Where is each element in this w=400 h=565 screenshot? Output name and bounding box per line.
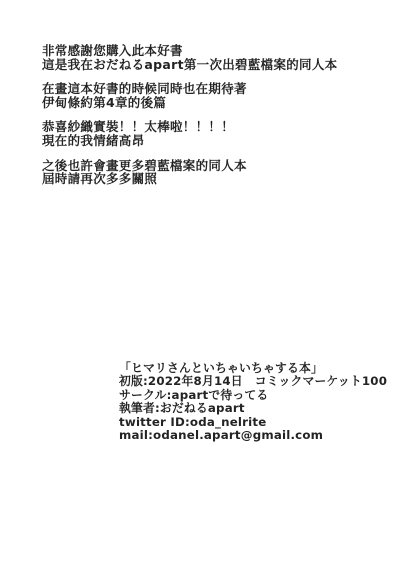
afterword-line: 伊甸條約第4章的後篇	[42, 96, 337, 110]
doujin-afterword-page: 非常感謝您購入此本好書 這是我在おだねるapart第一次出碧藍檔案的同人本 在畫…	[0, 0, 400, 565]
mail-address: mail:odanel.apart@gmail.com	[119, 429, 387, 442]
author-name: 執筆者:おだねるapart	[119, 402, 387, 415]
twitter-id: twitter ID:oda_nelrite	[119, 416, 387, 429]
colophon-block: 「ヒマリさんといちゃいちゃする本」 初版:2022年8月14日 コミックマーケッ…	[119, 362, 387, 442]
afterword-line: 非常感謝您購入此本好書	[42, 44, 337, 58]
circle-name: サークル:apartで待ってる	[119, 389, 387, 402]
edition-date: 初版:2022年8月14日 コミックマーケット100	[119, 375, 387, 388]
afterword-line: 屆時請再次多多關照	[42, 172, 337, 186]
afterword-paragraph-expectation: 在畫這本好書的時候同時也在期待著 伊甸條約第4章的後篇	[42, 82, 337, 109]
afterword-line: 在畫這本好書的時候同時也在期待著	[42, 82, 337, 96]
afterword-paragraph-thanks: 非常感謝您購入此本好書 這是我在おだねるapart第一次出碧藍檔案的同人本	[42, 44, 337, 71]
book-title: 「ヒマリさんといちゃいちゃする本」	[119, 362, 387, 375]
afterword-line: 之後也許會畫更多碧藍檔案的同人本	[42, 159, 337, 173]
afterword-line: 恭喜紗織實裝！！太棒啦！！！！	[42, 120, 337, 134]
afterword-line: 現在的我情緒高昂	[42, 134, 337, 148]
afterword-line: 這是我在おだねるapart第一次出碧藍檔案的同人本	[42, 58, 337, 72]
afterword-paragraph-celebration: 恭喜紗織實裝！！太棒啦！！！！ 現在的我情緒高昂	[42, 120, 337, 147]
afterword-paragraph-future: 之後也許會畫更多碧藍檔案的同人本 屆時請再次多多關照	[42, 159, 337, 186]
afterword-text-block: 非常感謝您購入此本好書 這是我在おだねるapart第一次出碧藍檔案的同人本 在畫…	[42, 44, 337, 197]
